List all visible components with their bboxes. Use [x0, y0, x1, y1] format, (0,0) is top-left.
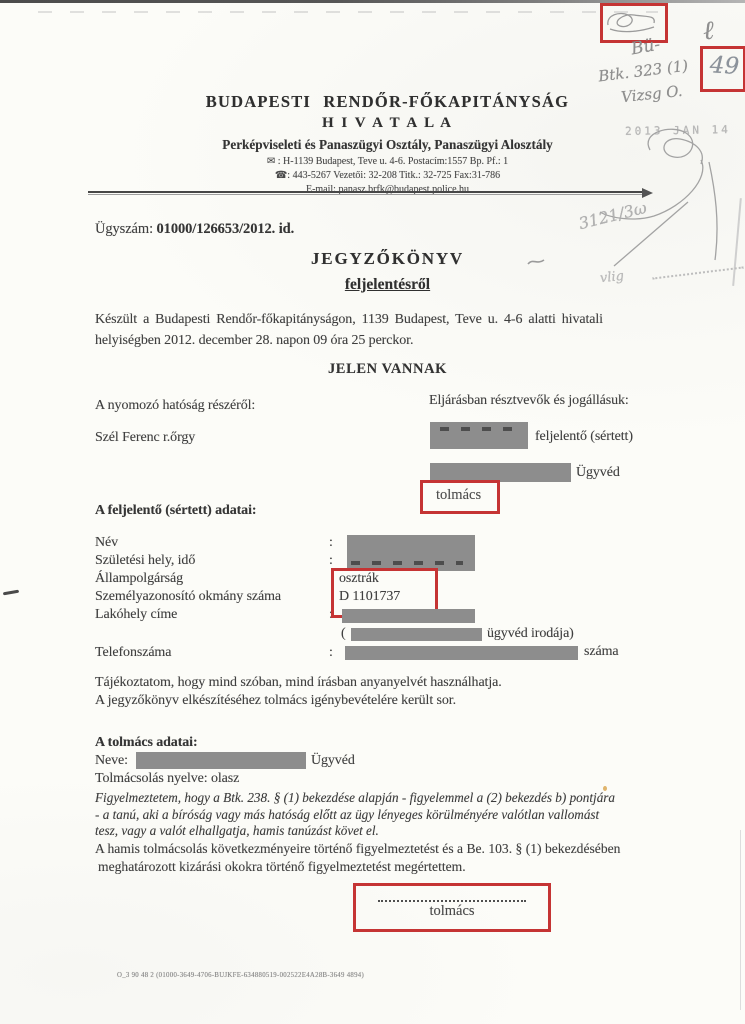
interpreter-section-heading: A tolmács adatai:	[95, 735, 198, 751]
letterhead: BUDAPESTI RENDŐR-FŐKAPITÁNYSÁG H I V A T…	[115, 92, 660, 195]
org-name: BUDAPESTI RENDŐR-FŐKAPITÁNYSÁG	[115, 92, 660, 112]
intro-line-1: Készült a Budapesti Rendőr-főkapitányság…	[95, 310, 653, 329]
field-colon: :	[329, 553, 333, 569]
intro-paragraph: Készült a Budapesti Rendőr-főkapitányság…	[95, 310, 653, 350]
interpreter-language-line: Tolmácsolás nyelve: olasz	[95, 771, 239, 787]
interpreter-name-suffix: Ügyvéd	[311, 753, 355, 769]
field-label-address: Lakóhely címe	[95, 607, 177, 623]
acknowledgement-paragraph: A hamis tolmácsolás következményeire tör…	[95, 840, 620, 876]
role-complainant: feljelentő (sértett)	[535, 429, 633, 445]
field-value-citizenship: osztrák	[339, 571, 379, 587]
warning-line-3: tesz, vagy a valót elhallgatja, hamis ta…	[95, 823, 615, 840]
signature-dotted-line	[378, 900, 526, 902]
authority-heading: A nyomozó hatóság részéről:	[95, 398, 255, 414]
scan-edge-artifact	[740, 830, 741, 1010]
org-office: H I V A T A L A	[115, 115, 660, 132]
redaction-bar-complainant-name	[430, 422, 528, 449]
document-subtitle: feljelentésről	[115, 276, 660, 294]
redaction-bar-interpreter-name	[136, 752, 306, 769]
redaction-bar-office	[351, 628, 482, 641]
document-title: JEGYZŐKÖNYV	[115, 249, 660, 269]
redaction-bar-phone	[345, 646, 578, 660]
field-label-citizenship: Állampolgárság	[95, 571, 183, 587]
field-colon: :	[329, 645, 333, 661]
left-margin-mark	[3, 590, 19, 596]
ack-line-1: A hamis tolmácsolás következményeire tör…	[95, 840, 620, 858]
highlight-box-49: 49	[700, 46, 745, 92]
redaction-bar-name-birth	[347, 535, 475, 571]
highlight-box-signature: tolmács	[353, 883, 551, 932]
interpreter-name-label: Neve:	[95, 753, 128, 769]
org-phone: : 443-5267 Vezetői: 32-208 Titk.: 32-725…	[287, 170, 500, 181]
case-number-label: Ügyszám:	[95, 221, 153, 237]
org-address: : H-1139 Budapest, Teve u. 4-6. Postacím…	[278, 156, 508, 167]
warning-line-1: Figyelmeztetem, hogy a Btk. 238. § (1) b…	[95, 790, 615, 807]
participants-heading: Eljárásban résztvevők és jogállásuk:	[429, 393, 629, 409]
stray-pencil-mark	[527, 258, 545, 266]
office-note-suffix: ügyvéd irodája)	[487, 626, 574, 642]
field-label-phone: Telefonszáma	[95, 645, 171, 661]
present-heading: JELEN VANNAK	[115, 361, 660, 378]
letterhead-divider	[88, 191, 644, 195]
redaction-bar-address	[342, 609, 475, 623]
case-number-line: Ügyszám: 01000/126653/2012. id.	[95, 221, 294, 238]
role-attorney: Ügyvéd	[576, 465, 620, 481]
org-phone-line: ☎: 443-5267 Vezetői: 32-208 Titk.: 32-72…	[115, 170, 660, 181]
org-department: Perképviseleti és Panaszügyi Osztály, Pa…	[115, 137, 660, 153]
field-label-birth: Születési hely, idő	[95, 553, 195, 569]
victim-section-heading: A feljelentő (sértett) adatai:	[95, 503, 256, 519]
field-label-name: Név	[95, 535, 118, 551]
scan-dotted-artifact	[38, 11, 658, 13]
redaction-marks	[351, 561, 463, 565]
role-interpreter: tolmács	[423, 483, 497, 504]
intro-line-2: helyiségben 2012. december 28. napon 09 …	[95, 331, 653, 350]
field-suffix-phone: száma	[584, 644, 618, 660]
office-note-open: (	[341, 626, 346, 642]
document-page: ℓ Bü- 49 Btk. 323 (1) Vizsg O. BUDAPESTI…	[0, 0, 745, 1024]
highlight-box-tolmacs: tolmács	[420, 480, 500, 514]
paper-speck	[603, 786, 607, 791]
warning-paragraph: Figyelmeztetem, hogy a Btk. 238. § (1) b…	[95, 790, 615, 840]
handwritten-note-bu: Bü-	[629, 35, 661, 60]
warning-line-2: - a tanú, aki a bíróság vagy más hatóság…	[95, 807, 615, 824]
field-colon: :	[329, 535, 333, 551]
redaction-marks	[440, 427, 518, 431]
info-line-2: A jegyzőkönyv elkészítéséhez tolmács igé…	[95, 693, 456, 709]
handwritten-note-49: 49	[702, 48, 744, 80]
org-address-line: ✉ : H-1139 Budapest, Teve u. 4-6. Postac…	[115, 156, 660, 167]
handwritten-scribble-icon	[604, 7, 660, 35]
arrow-icon	[642, 188, 653, 198]
case-number-value: 01000/126653/2012. id.	[157, 221, 295, 237]
phone-icon: ☎	[275, 170, 287, 181]
officer-name: Szél Ferenc r.őrgy	[95, 430, 195, 446]
handwritten-note-law-ref: Btk. 323 (1)	[597, 57, 689, 86]
field-value-id-number: D 1101737	[339, 589, 400, 605]
envelope-icon: ✉	[267, 156, 275, 167]
handwritten-note-ell: ℓ	[702, 16, 715, 47]
footer-barcode-text: O_3 90 48 2 (01000-3649-4706-BUJKFE-6348…	[117, 972, 364, 979]
signature-role-label: tolmács	[356, 903, 548, 920]
field-label-id-number: Személyazonosító okmány száma	[95, 589, 281, 605]
info-line-1: Tájékoztatom, hogy mind szóban, mind írá…	[95, 675, 502, 691]
ack-line-2: meghatározott kizárási okokra történő fi…	[98, 858, 620, 876]
document-title-block: JEGYZŐKÖNYV feljelentésről	[115, 249, 660, 294]
